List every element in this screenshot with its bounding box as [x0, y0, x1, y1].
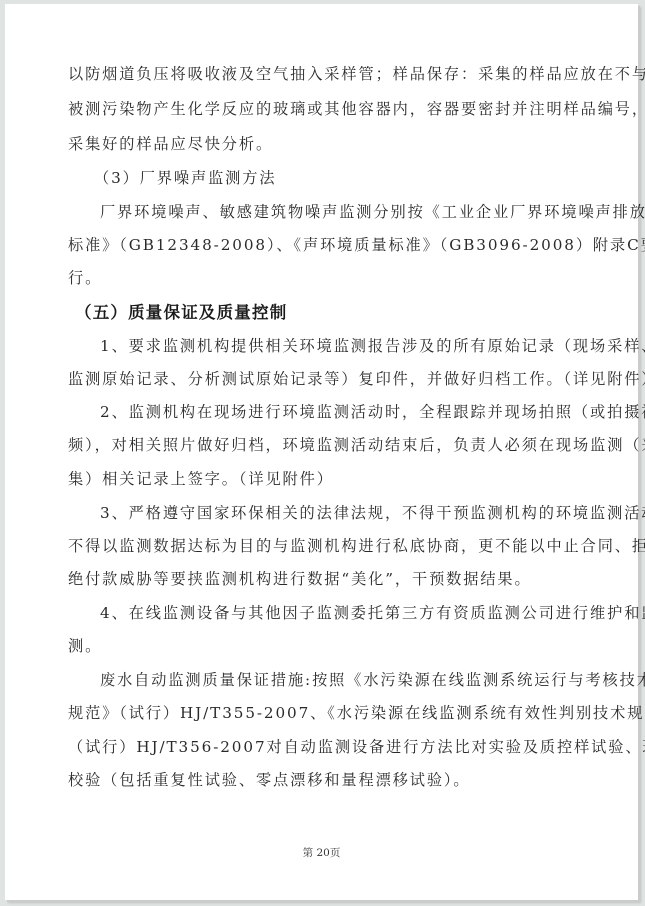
list-item-line: 测。	[68, 636, 588, 656]
paragraph-line: 废水自动监测质量保证措施:按照《水污染源在线监测系统运行与考核技术	[100, 670, 620, 690]
list-item-line: 3、严格遵守国家环保相关的法律法规，不得干预监测机构的环境监测活动，	[100, 503, 620, 523]
subsection-heading: （3）厂界噪声监测方法	[94, 168, 614, 188]
paragraph-line: 校验（包括重复性试验、零点漂移和量程漂移试验）。	[68, 770, 588, 790]
list-item-line: 频），对相关照片做好归档，环境监测活动结束后，负责人必须在现场监测（采	[68, 435, 588, 455]
paragraph-line: 厂界环境噪声、敏感建筑物噪声监测分别按《工业企业厂界环境噪声排放	[100, 202, 620, 222]
paragraph-line: 被测污染物产生化学反应的玻璃或其他容器内，容器要密封并注明样品编号，	[68, 99, 588, 119]
section-heading: （五）质量保证及质量控制	[75, 302, 287, 324]
list-item-line: 集）相关记录上签字。（详见附件）	[68, 469, 588, 489]
list-item-line: 监测原始记录、分析测试原始记录等）复印件，并做好归档工作。（详见附件）	[68, 369, 588, 389]
list-item-line: 绝付款威胁等要挟监测机构进行数据“美化”，干预数据结果。	[68, 569, 588, 589]
paragraph-line: 以防烟道负压将吸收液及空气抽入采样管；样品保存：采集的样品应放在不与	[68, 64, 588, 84]
paragraph-line: 行。	[68, 268, 588, 288]
list-item-line: 1、要求监测机构提供相关环境监测报告涉及的所有原始记录（现场采样、	[100, 336, 620, 356]
paragraph-line: 规范》（试行）HJ/T355-2007、《水污染源在线监测系统有效性判别技术规范…	[68, 703, 588, 723]
list-item-line: 2、监测机构在现场进行环境监测活动时，全程跟踪并现场拍照（或拍摄视	[100, 402, 620, 422]
list-item-line: 4、在线监测设备与其他因子监测委托第三方有资质监测公司进行维护和监	[100, 603, 620, 623]
list-item-line: 不得以监测数据达标为目的与监测机构进行私底协商，更不能以中止合同、拒	[68, 536, 588, 556]
page-number: 第 20页	[5, 846, 638, 860]
paragraph-line: 采集好的样品应尽快分析。	[68, 134, 588, 154]
paragraph-line: （试行）HJ/T356-2007对自动监测设备进行方法比对实验及质控样试验、现场	[68, 737, 588, 757]
paragraph-line: 标准》（GB12348-2008）、《声环境质量标准》（GB3096-2008）…	[68, 235, 588, 255]
document-page: 以防烟道负压将吸收液及空气抽入采样管；样品保存：采集的样品应放在不与 被测污染物…	[5, 4, 638, 900]
